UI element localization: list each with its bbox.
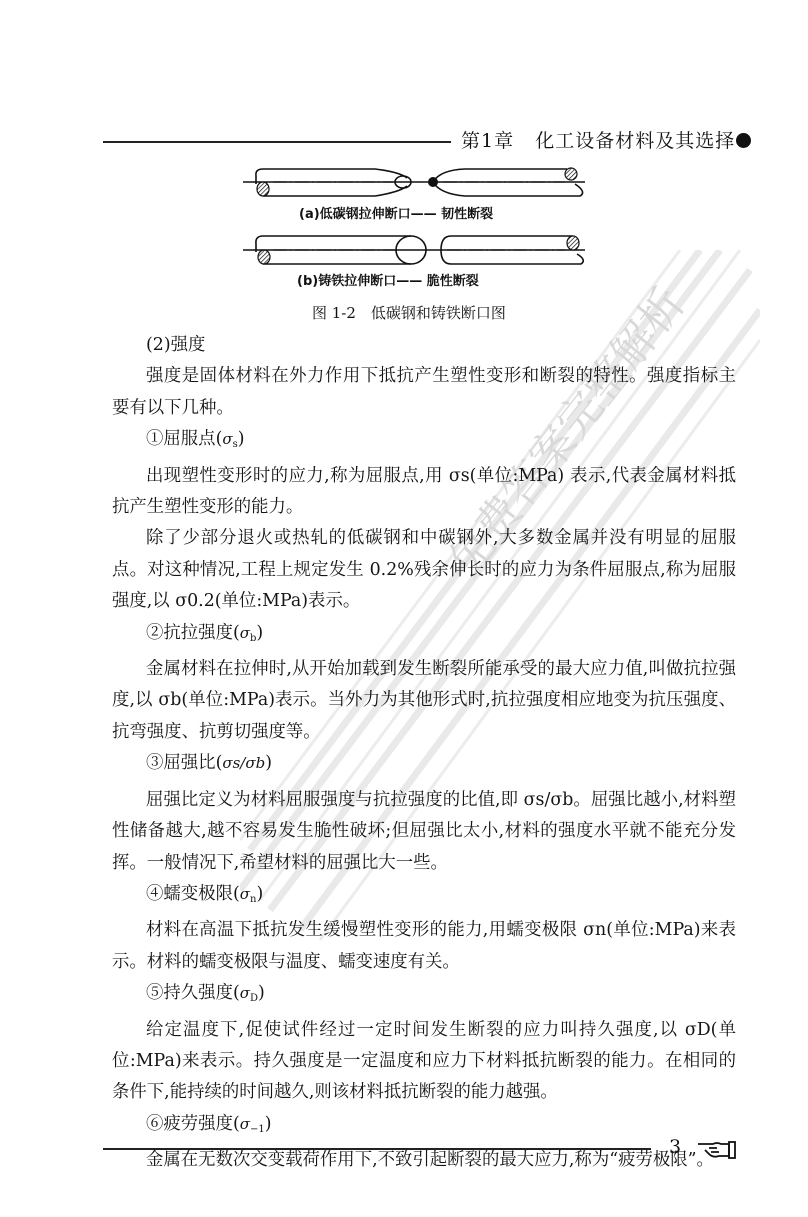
item-title-tensile-strength: ②抗拉强度(σb) (112, 618, 736, 654)
bullet-icon (736, 133, 751, 148)
figure-caption: 图 1-2 低碳钢和铸铁断口图 (312, 302, 506, 323)
paragraph: 材料在高温下抵抗发生缓慢塑性变形的能力,用蠕变极限 σn(单位:MPa)来表示。… (112, 915, 736, 978)
body-text: (2)强度 强度是固体材料在外力作用下抵抗产生塑性变形和断裂的特性。强度指标主要… (112, 330, 736, 1177)
figure-fracture-diagram: (a)低碳钢拉伸断口—— 韧性断裂 (b)铸铁拉伸断口—— 脆性断裂 (225, 162, 605, 292)
pointing-hand-icon (695, 1138, 739, 1160)
item-title-endurance-strength: ⑤持久强度(σD) (112, 978, 736, 1014)
section-title: (2)强度 (112, 330, 736, 361)
page-footer: 3 (103, 1136, 753, 1166)
item-title-yield-point: ①屈服点(σs) (112, 424, 736, 460)
chapter-name: 化工设备材料及其选择 (535, 130, 735, 152)
item-title-yield-ratio: ③屈强比(σs/σb) (112, 748, 736, 784)
paragraph: 金属材料在拉伸时,从开始加载到发生断裂所能承受的最大应力值,叫做抗拉强度,以 σ… (112, 654, 736, 748)
item-title-creep-limit: ④蠕变极限(σn) (112, 879, 736, 915)
footer-rule (103, 1148, 651, 1150)
paragraph: 屈强比定义为材料屈服强度与抗拉强度的比值,即 σs/σb。屈强比越小,材料塑性储… (112, 785, 736, 879)
header-rule (103, 141, 451, 143)
running-header: 第1章 化工设备材料及其选择 (103, 124, 753, 154)
intro-paragraph: 强度是固体材料在外力作用下抵抗产生塑性变形和断裂的特性。强度指标主要有以下几种。 (112, 361, 736, 424)
chapter-number: 第1章 (461, 130, 514, 152)
paragraph: 出现塑性变形时的应力,称为屈服点,用 σs(单位:MPa) 表示,代表金属材料抵… (112, 461, 736, 524)
page-number: 3 (669, 1136, 681, 1158)
chapter-title: 第1章 化工设备材料及其选择 (461, 126, 751, 153)
figure-label-b: (b)铸铁拉伸断口—— 脆性断裂 (297, 270, 479, 289)
paragraph: 给定温度下,促使试件经过一定时间发生断裂的应力叫持久强度,以 σD(单位:MPa… (112, 1015, 736, 1109)
figure-label-a: (a)低碳钢拉伸断口—— 韧性断裂 (299, 203, 493, 222)
paragraph: 除了少部分退火或热轧的低碳钢和中碳钢外,大多数金属并没有明显的屈服点。对这种情况… (112, 523, 736, 617)
